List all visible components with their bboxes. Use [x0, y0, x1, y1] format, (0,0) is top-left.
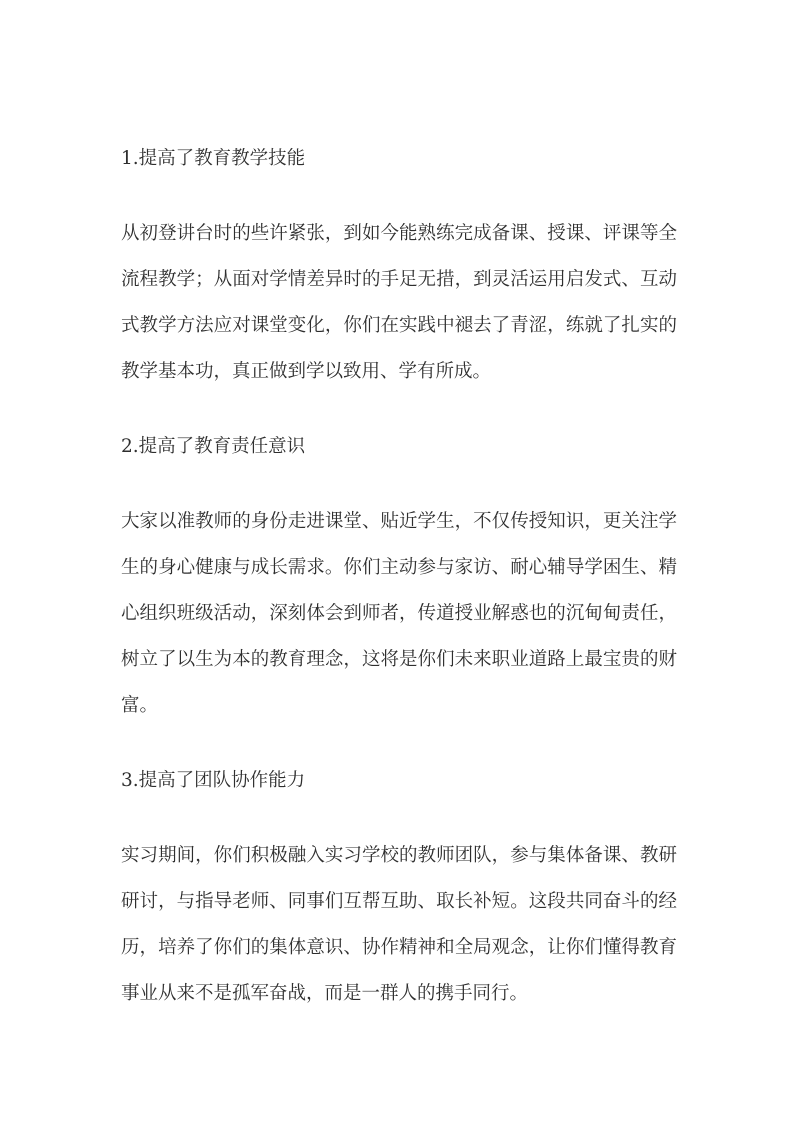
- section-heading: 2.提高了教育责任意识: [121, 424, 677, 470]
- document-page: 1.提高了教育教学技能 从初登讲台时的些许紧张，到如今能熟练完成备课、授课、评课…: [0, 0, 793, 1122]
- section-paragraph: 从初登讲台时的些许紧张，到如今能熟练完成备课、授课、评课等全流程教学；从面对学情…: [121, 211, 677, 395]
- section-heading: 1.提高了教育教学技能: [121, 136, 677, 182]
- section-paragraph: 实习期间，你们积极融入实习学校的教师团队，参与集体备课、教研研讨，与指导老师、同…: [121, 833, 677, 1017]
- section-paragraph: 大家以准教师的身份走进课堂、贴近学生，不仅传授知识，更关注学生的身心健康与成长需…: [121, 499, 677, 729]
- section-teaching-skills: 1.提高了教育教学技能 从初登讲台时的些许紧张，到如今能熟练完成备课、授课、评课…: [121, 136, 677, 395]
- section-responsibility: 2.提高了教育责任意识 大家以准教师的身份走进课堂、贴近学生，不仅传授知识，更关…: [121, 424, 677, 729]
- section-teamwork: 3.提高了团队协作能力 实习期间，你们积极融入实习学校的教师团队，参与集体备课、…: [121, 758, 677, 1017]
- section-heading: 3.提高了团队协作能力: [121, 758, 677, 804]
